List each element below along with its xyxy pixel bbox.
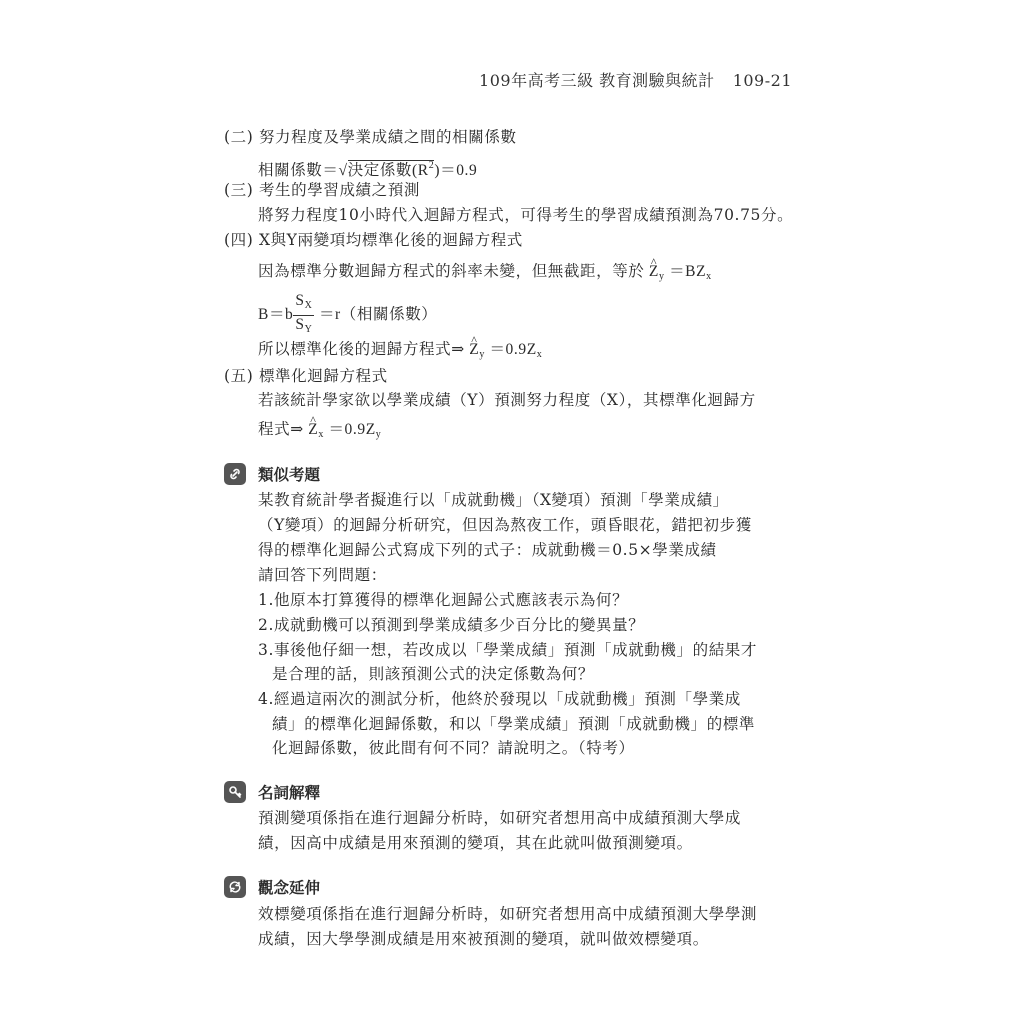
section-label: (三) [224,181,253,199]
z-hat: Z [649,262,659,282]
question-4-cont: 績」的標準化迴歸係數，和以「學業成績」預測「成就動機」的標準 [272,714,755,734]
formula-text: ＝0.9Z [489,341,536,358]
similar-line: （Y變項）的迴歸分析研究，但因為熬夜工作，頭昏眼花，錯把初步獲 [258,515,752,535]
body-text: 因為標準分數迴歸方程式的斜率未變，但無截距，等於 [258,263,649,280]
header-title: 109年高考三級 教育測驗與統計 [479,71,715,90]
section-3-heading: (三) 考生的學習成績之預測 [224,180,420,200]
similar-questions-heading: 類似考題 [224,463,320,485]
question-2: 2.成就動機可以預測到學業成績多少百分比的變異量？ [258,615,644,635]
formula-text: 決定係數(R [348,162,429,179]
section-title: 觀念延伸 [258,876,320,898]
formula-text: ＝0.9Z [328,421,375,438]
section-4-heading: (四) X與Y兩變項均標準化後的迴歸方程式 [224,230,523,250]
similar-line: 某教育統計學者擬進行以「成就動機」（X變項）預測「學業成績」 [258,490,729,510]
subscript: y [479,349,485,360]
section-title: 考生的學習成績之預測 [259,181,420,199]
section-5-line-1: 若該統計學家欲以學業成績（Y）預測努力程度（X），其標準化迴歸方 [258,390,756,410]
body-text: 程式⇒ [258,421,308,438]
section-5-line-2: 程式⇒ Zx ＝0.9Zy [258,420,381,445]
key-icon [224,781,246,803]
section-title: 類似考題 [258,463,320,485]
question-1: 1.他原本打算獲得的標準化迴歸公式應該表示為何？ [258,590,628,610]
section-4-line-1: 因為標準分數迴歸方程式的斜率未變，但無截距，等於 Zy ＝BZx [258,262,712,287]
section-title: 標準化迴歸方程式 [259,367,388,385]
question-3: 3.事後他仔細一想，若改成以「學業成績」預測「成就動機」的結果才 [258,640,757,660]
formula-text: )＝0.9 [434,162,477,179]
denominator: S [295,316,304,333]
section-4-line-2: B＝bSXSY ＝r（相關係數） [258,292,437,339]
similar-line: 請回答下列問題： [258,565,387,585]
section-3-body: 將努力程度10小時代入迴歸方程式，可得考生的學習成績預測為70.75分。 [258,205,793,225]
formula-text: 相關係數＝ [258,162,339,179]
extension-line: 效標變項係指在進行迴歸分析時，如研究者想用高中成績預測大學學測 [258,904,757,924]
formula-text: ＝BZ [669,263,706,280]
question-4-cont: 化迴歸係數，彼此間有何不同？請說明之。（特考） [272,738,635,758]
z-hat: Z [469,340,479,360]
subscript: Y [305,324,313,335]
running-header: 109年高考三級 教育測驗與統計109-21 [479,68,792,91]
subscript: x [706,271,712,282]
fraction: SXSY [293,292,314,339]
glossary-line: 績，因高中成績是用來預測的變項，其在此就叫做預測變項。 [258,833,693,853]
refresh-icon [224,876,246,898]
formula-text: ＝r（相關係數） [319,306,437,323]
section-5-heading: (五) 標準化迴歸方程式 [224,366,388,386]
link-icon [224,463,246,485]
subscript: y [659,271,665,282]
formula-text: B＝b [258,306,293,323]
correlation-formula: 相關係數＝√決定係數(R2)＝0.9 [258,156,477,181]
glossary-heading: 名詞解釋 [224,781,320,803]
similar-line: 得的標準化迴歸公式寫成下列的式子：成就動機＝0.5×學業成績 [258,540,717,560]
question-3-cont: 是合理的話，則該預測公式的決定係數為何？ [272,664,594,684]
question-4: 4.經過這兩次的測試分析，他終於發現以「成就動機」預測「學業成 [258,689,741,709]
z-hat: Z [308,420,318,440]
section-title: X與Y兩變項均標準化後的迴歸方程式 [259,231,523,249]
subscript: X [305,300,313,311]
glossary-line: 預測變項係指在進行迴歸分析時，如研究者想用高中成績預測大學成 [258,808,741,828]
section-label: (五) [224,367,253,385]
section-title: 努力程度及學業成績之間的相關係數 [259,128,517,146]
section-label: (二) [224,128,253,146]
section-title: 名詞解釋 [258,781,320,803]
body-text: 所以標準化後的迴歸方程式⇒ [258,341,469,358]
extension-heading: 觀念延伸 [224,876,320,898]
subscript: y [376,429,382,440]
section-2-heading: (二) 努力程度及學業成績之間的相關係數 [224,127,517,147]
extension-line: 成績，因大學學測成績是用來被預測的變項，就叫做效標變項。 [258,929,709,949]
subscript: x [318,429,324,440]
page-number: 109-21 [733,71,792,90]
section-4-line-3: 所以標準化後的迴歸方程式⇒ Zy ＝0.9Zx [258,340,542,365]
section-label: (四) [224,231,253,249]
subscript: x [537,349,543,360]
numerator: S [295,292,304,309]
